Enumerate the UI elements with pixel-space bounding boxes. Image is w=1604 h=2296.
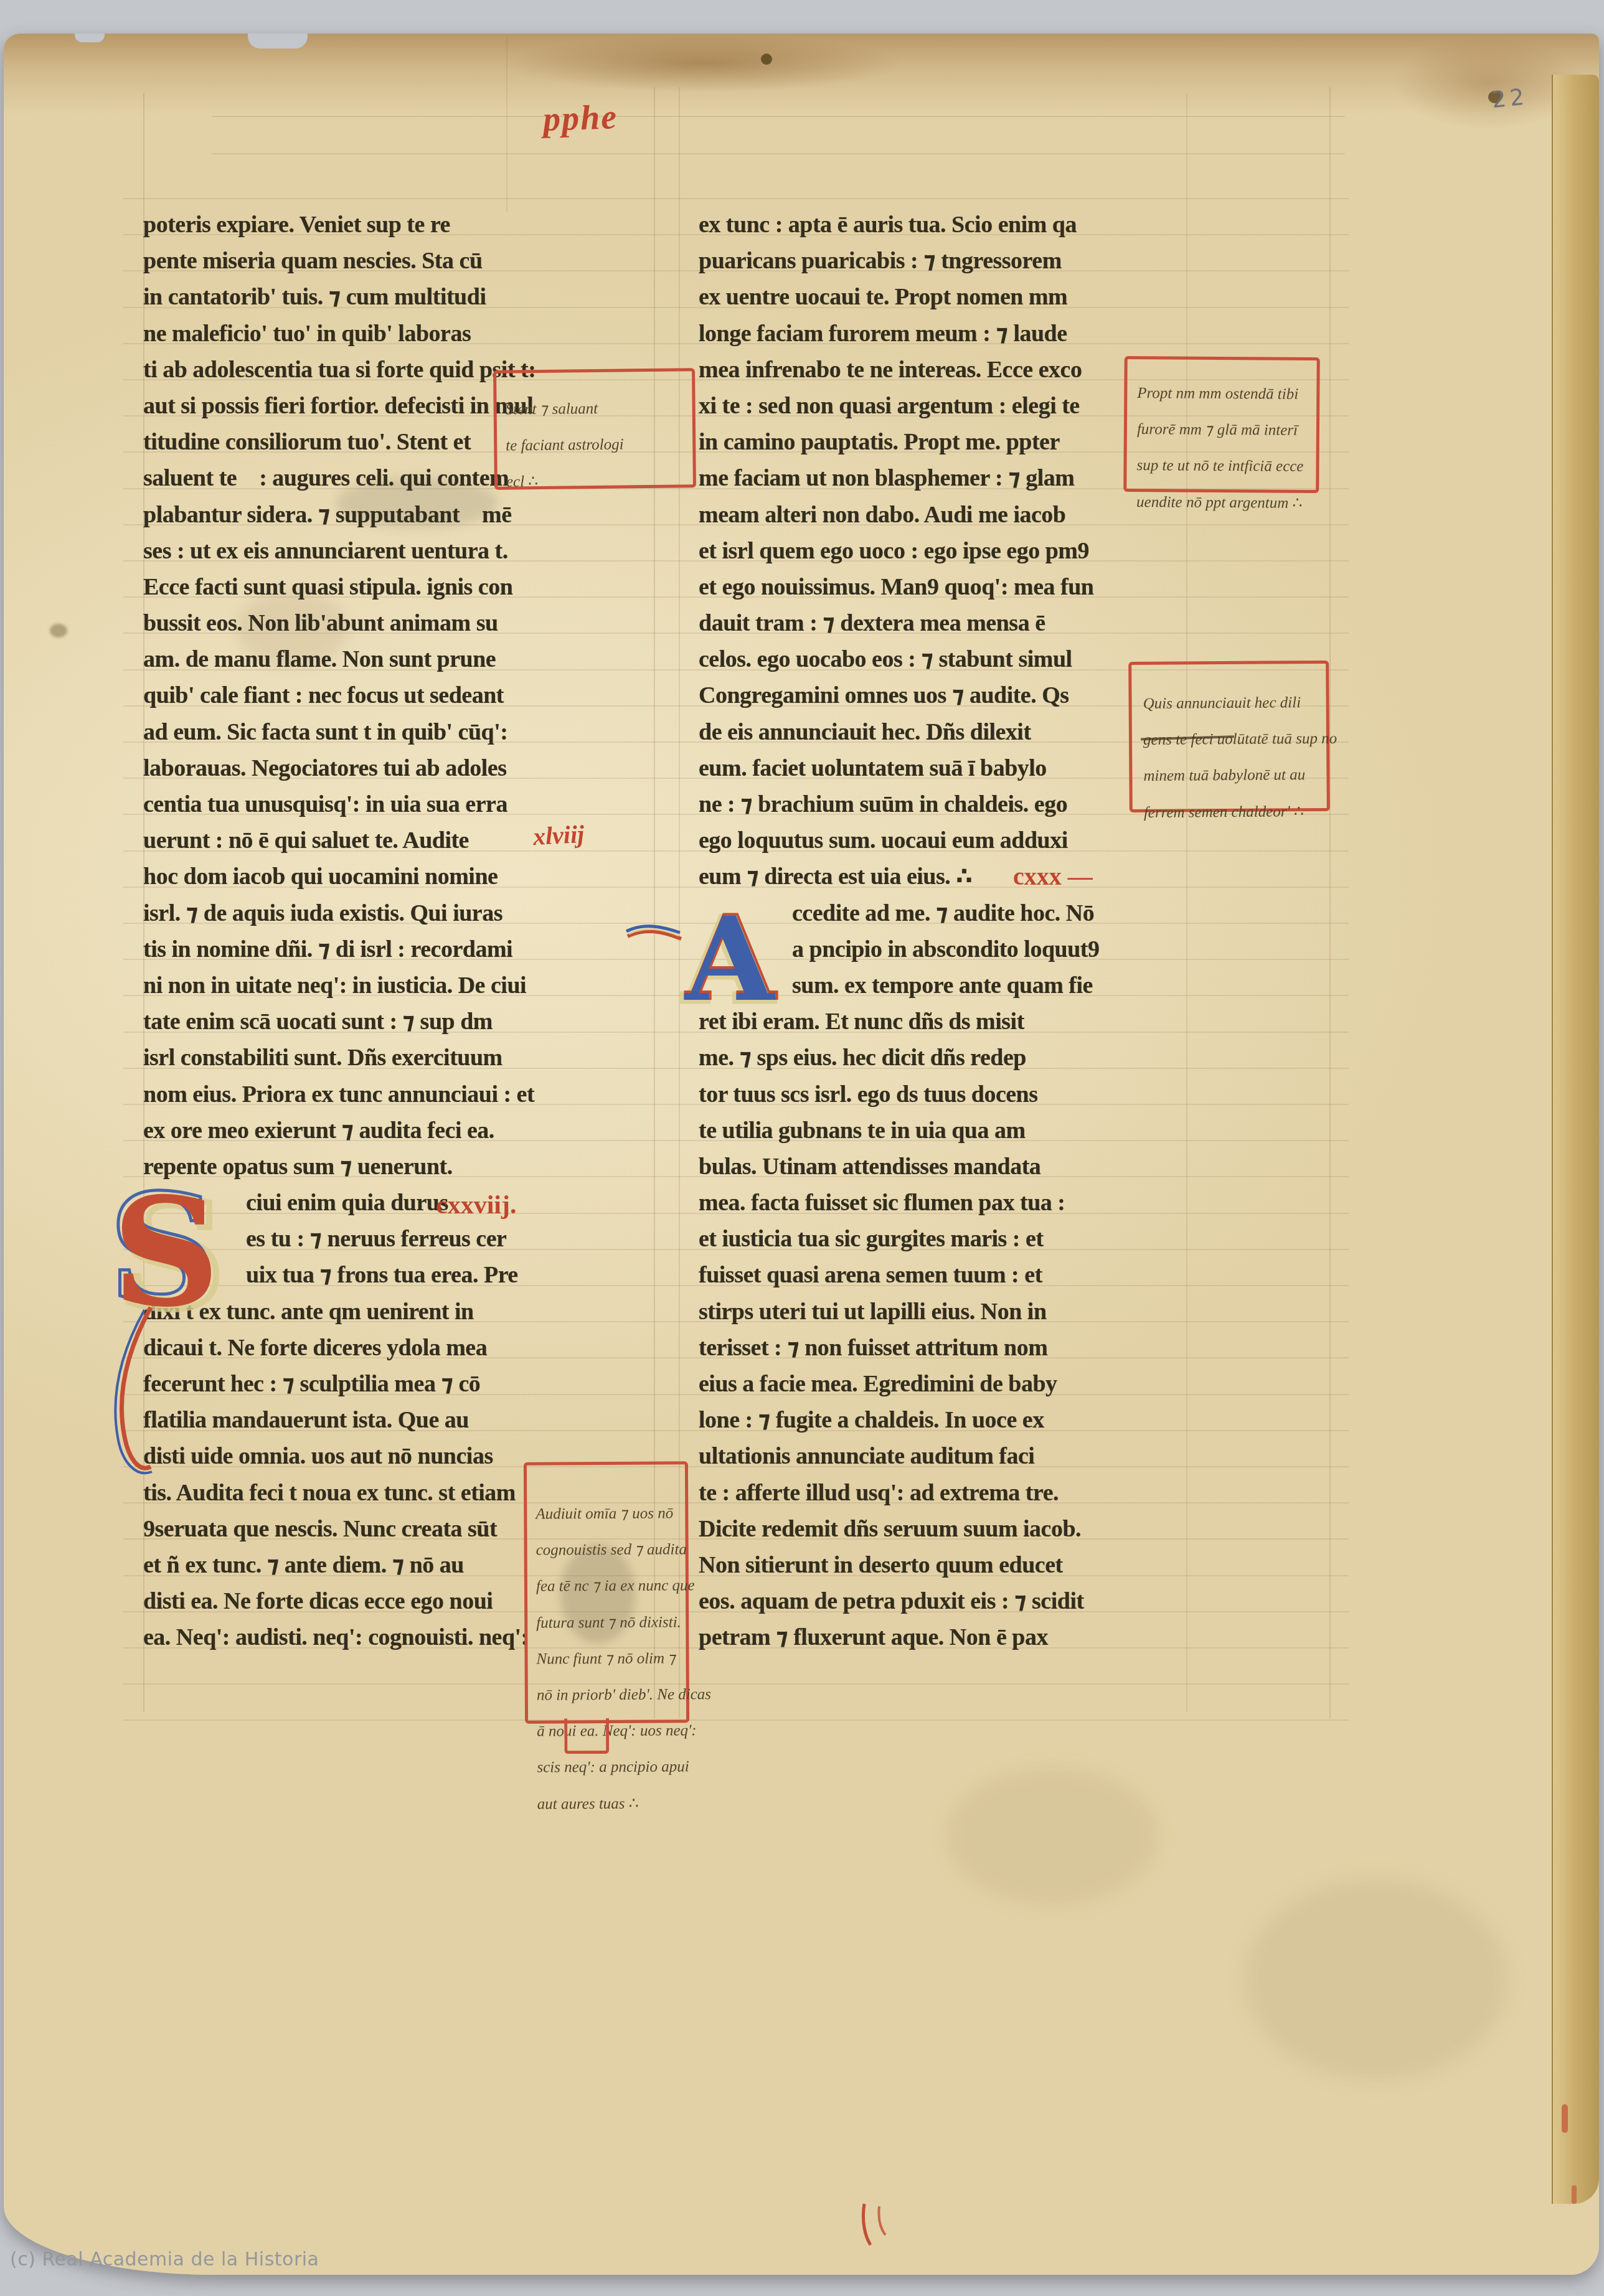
text-line: in cantatorib' tuis. ⁊ cum multitudi	[143, 279, 641, 315]
text-line: et isrl quem ego uoco : ego ipse ego pm9	[699, 533, 1184, 569]
text-line: meam alteri non dabo. Audi me iacob	[699, 497, 1184, 533]
gloss-line: sup te ut nō te intficiā ecce	[1136, 448, 1316, 485]
red-edge-mark	[1562, 2104, 1568, 2133]
folio-number: 22	[1491, 84, 1529, 113]
stain-spot	[946, 1768, 1158, 1905]
parchment-edge-notch	[248, 34, 308, 49]
text-line: terisset : ⁊ non fuisset attritum nom	[699, 1330, 1184, 1366]
text-line: et ego nouissimus. Man9 quoq': mea fun	[699, 569, 1184, 605]
right-column-upper: ex tunc : apta ē auris tua. Scio enim qa…	[699, 207, 1184, 895]
gloss-line: furorē mm ⁊ glā mā interī	[1137, 412, 1316, 449]
red-pen-trials	[852, 2191, 927, 2266]
text-line: mea infrenabo te ne intereas. Ecce exco	[699, 352, 1184, 388]
text-line: eius a facie mea. Egredimini de baby	[699, 1366, 1184, 1402]
copyright-watermark: (c) Real Academia de la Historia	[10, 2249, 319, 2270]
text-line: eum. faciet uoluntatem suā ī babylo	[699, 750, 1184, 786]
gloss-line: Audiuit omīa ⁊ uos nō	[535, 1495, 685, 1532]
top-margin-ruling	[212, 116, 1345, 154]
text-line: nom eius. Priora ex tunc annunciaui : et	[143, 1076, 641, 1113]
gloss-box-gutter-bottom: Audiuit omīa ⁊ uos nōcognouistis sed ⁊ a…	[524, 1461, 689, 1723]
left-column-upper: poteris expiare. Veniet sup te repente m…	[143, 207, 641, 1185]
text-line: poteris expiare. Veniet sup te re	[143, 207, 641, 243]
gloss-line: te faciant astrologi	[506, 426, 693, 464]
text-line: laborauas. Negociatores tui ab adoles	[143, 750, 641, 786]
text-line: mea. facta fuisset sic flumen pax tua :	[699, 1185, 1184, 1221]
text-line: ultationis annunciate auditum faci	[699, 1438, 1184, 1474]
gloss-line: futura sunt ⁊ nō dixisti.	[536, 1604, 686, 1641]
text-line: am. de manu flame. Non sunt prune	[143, 641, 641, 677]
text-line: hoc dom iacob qui uocamini nomine	[143, 859, 641, 895]
chapter-numeral-gutter: xlviij	[532, 819, 585, 851]
text-line: et iusticia tua sic gurgites maris : et	[699, 1221, 1184, 1257]
text-line: Congregamini omnes uos ⁊ audite. Qs	[699, 677, 1184, 713]
gloss-line: Quis annunciauit hec dili	[1143, 685, 1326, 722]
text-line: Dicite redemit dñs seruum suum iacob.	[699, 1511, 1184, 1547]
text-line: ses : ut ex eis annunciarent uentura t.	[143, 533, 641, 569]
decorated-initial-s: S S S	[93, 1169, 268, 1493]
gloss-line: ecl ∴	[506, 463, 694, 501]
text-line: ex uentre uocaui te. Propt nomen mm	[699, 279, 1184, 315]
gloss-line: fea tē nc ⁊ ia ex nunc que	[536, 1568, 686, 1605]
text-line: isrl. ⁊ de aquis iuda existis. Qui iuras	[143, 895, 641, 931]
gloss-box-tab	[564, 1718, 609, 1754]
text-line: ni non in uitate neq': in iusticia. De c…	[143, 967, 641, 1004]
text-line: tis in nomine dñi. ⁊ di isrl : recordami	[143, 931, 641, 967]
top-edge-stain-blob	[504, 35, 903, 92]
text-line: fuisset quasi arena semen tuum : et	[699, 1257, 1184, 1293]
gloss-line: ferrem semen chaldeor' ∴	[1144, 794, 1327, 831]
text-line: eum ⁊ directa est uia eius. ∴	[699, 859, 1184, 895]
decorated-initial-a: A A A	[624, 895, 798, 1026]
text-line: bussit eos. Non lib'abunt animam su	[143, 605, 641, 641]
chapter-numeral-left: cxxviij.	[436, 1190, 516, 1220]
text-line: eos. aquam de petra pduxit eis : ⁊ scidi…	[699, 1583, 1184, 1619]
stain-spot	[50, 624, 67, 638]
ruling-vline	[506, 37, 507, 212]
gloss-line: nō in priorb' dieb'. Ne dicas	[537, 1677, 686, 1713]
text-line: centia tua unusquisq': in uia sua erra	[143, 786, 641, 822]
text-line: ad eum. Sic facta sunt t in quib' cūq':	[143, 714, 641, 750]
svg-text:A: A	[684, 892, 776, 1027]
right-column-lower: ret ibi eram. Et nunc dñs ds misitme. ⁊ …	[699, 1004, 1184, 1655]
gloss-line: Stent ⁊ saluant	[505, 390, 692, 428]
gloss-line: ā noui ea. Neq': uos neq':	[537, 1713, 686, 1750]
text-line: bulas. Utinam attendisses mandata	[699, 1149, 1184, 1185]
initial-a-flourish-red	[628, 931, 681, 939]
gloss-line: uendite nō ppt argentum ∴	[1136, 484, 1316, 522]
text-line: Ecce facti sunt quasi stipula. ignis con	[143, 569, 641, 605]
text-line: me faciam ut non blasphemer : ⁊ glam	[699, 460, 1184, 496]
ruling-vline	[1186, 93, 1187, 1712]
text-line: xi te : sed non quasi argentum : elegi t…	[699, 388, 1184, 424]
stain-spot	[1245, 1880, 1507, 2079]
text-line: quib' cale fiant : nec focus ut sedeant	[143, 677, 641, 713]
manuscript-scan: pphe 22 poteris expiare. Veniet sup te r…	[0, 0, 1604, 2296]
text-line: pente miseria quam nescies. Sta cū	[143, 243, 641, 279]
text-line: ne maleficio' tuo' in quib' laboras	[143, 316, 641, 352]
chapter-numeral-right: cxxx —	[1013, 862, 1093, 891]
text-line: isrl constabiliti sunt. Dñs exercituum	[143, 1040, 641, 1076]
text-line: ne : ⁊ brachium suūm in chaldeis. ego	[699, 786, 1184, 822]
text-line: te utilia gubnans te in uia qua am	[699, 1113, 1184, 1149]
text-line: tor tuus scs isrl. ego ds tuus docens	[699, 1076, 1184, 1113]
text-line: in camino pauptatis. Propt me. ppter	[699, 424, 1184, 460]
text-line: ego loquutus sum. uocaui eum adduxi	[699, 822, 1184, 859]
text-line: plabantur sidera. ⁊ supputabant mē	[143, 497, 641, 533]
gloss-line: cognouistis sed ⁊ audita	[535, 1532, 685, 1569]
page-fore-edge	[1552, 75, 1599, 2204]
text-line: stirps uteri tui ut lapilli eius. Non in	[699, 1294, 1184, 1330]
text-line: me. ⁊ sps eius. hec dicit dñs redep	[699, 1040, 1184, 1076]
red-edge-mark	[1572, 2185, 1577, 2204]
text-line: te : afferte illud usq': ad extrema tre.	[699, 1475, 1184, 1511]
text-line: ex ore meo exierunt ⁊ audita feci ea.	[143, 1113, 641, 1149]
text-line: celos. ego uocabo eos : ⁊ stabunt simul	[699, 641, 1184, 677]
gloss-line: scis neq': a pncipio apui	[537, 1749, 686, 1786]
svg-text:S: S	[112, 1165, 220, 1340]
text-line: Non sitierunt in deserto quum educet	[699, 1547, 1184, 1583]
text-line: lone : ⁊ fugite a chaldeis. In uoce ex	[699, 1402, 1184, 1438]
text-line: de eis annunciauit hec. Dñs dilexit	[699, 714, 1184, 750]
gloss-line: Propt nm mm ostendā tibi	[1137, 375, 1316, 413]
text-line: puaricans puaricabis : ⁊ tngressorem	[699, 243, 1184, 279]
gloss-line: Nunc fiunt ⁊ nō olim ⁊	[536, 1640, 686, 1677]
gloss-box-right-2: Quis annunciauit hec diligens te feci uo…	[1128, 661, 1330, 812]
gloss-box-right-1: Propt nm mm ostendā tibifurorē mm ⁊ glā …	[1123, 356, 1320, 493]
gloss-line: aut aures tuas ∴	[537, 1786, 687, 1822]
text-line: dauit tram : ⁊ dextera mea mensa ē	[699, 605, 1184, 641]
parchment-edge-notch	[75, 34, 105, 42]
gloss-line: gens te feci uolūtatē tuā sup no	[1143, 721, 1326, 758]
ruling-vline	[1329, 87, 1331, 1718]
gloss-box-gutter-top: Stent ⁊ saluantte faciant astrologiecl ∴	[493, 368, 696, 489]
ink-fleck	[761, 54, 772, 65]
text-line: tate enim scā uocati sunt : ⁊ sup dm	[143, 1004, 641, 1040]
text-line: ex tunc : apta ē auris tua. Scio enim qa	[699, 207, 1184, 243]
running-title: pphe	[542, 97, 618, 139]
gloss-line: minem tuā babylonē ut au	[1143, 757, 1326, 794]
text-line: longe faciam furorem meum : ⁊ laude	[699, 316, 1184, 352]
text-line: petram ⁊ fluxerunt aque. Non ē pax	[699, 1619, 1184, 1655]
